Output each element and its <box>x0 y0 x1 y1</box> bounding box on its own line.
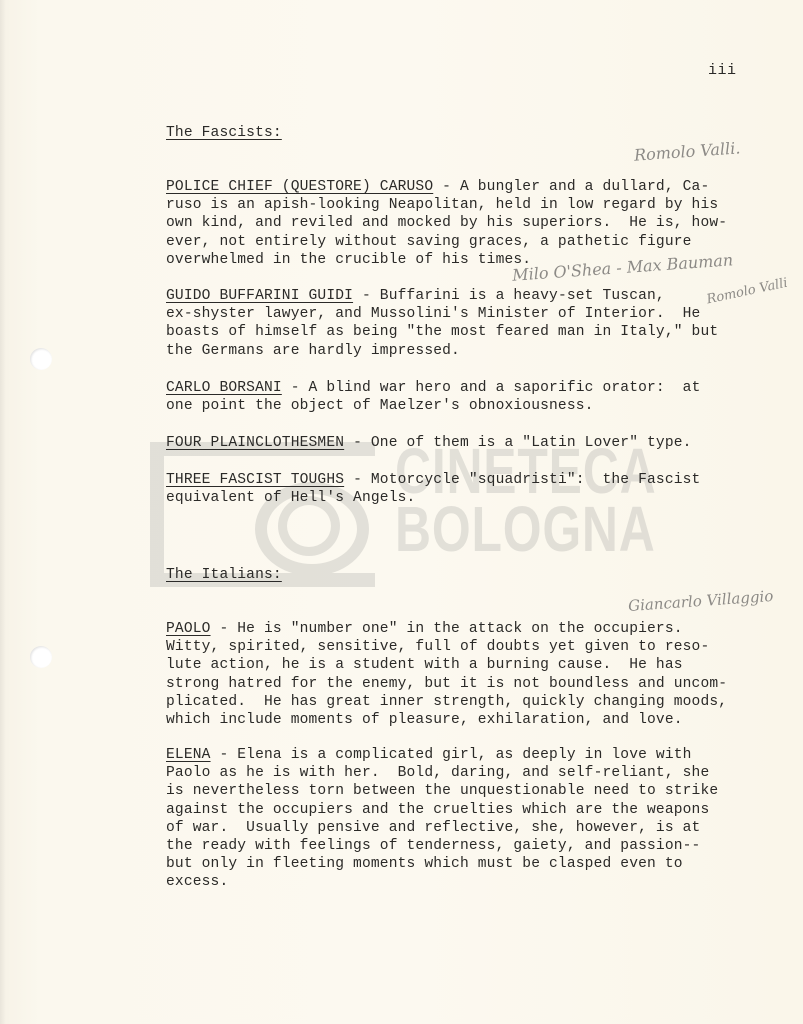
character-name: POLICE CHIEF (QUESTORE) CARUSO <box>166 179 433 195</box>
character-paolo: PAOLO - He is "number one" in the attack… <box>166 620 727 729</box>
character-name: ELENA <box>166 747 211 763</box>
character-name: THREE FASCIST TOUGHS <box>166 472 344 488</box>
handwritten-note: Romolo Valli. <box>633 138 740 164</box>
character-name: FOUR PLAINCLOTHESMEN <box>166 435 344 451</box>
character-elena: ELENA - Elena is a complicated girl, as … <box>166 746 718 892</box>
document-page: CINETECA BOLOGNA iii The Fascists: POLIC… <box>0 0 803 1024</box>
character-name: GUIDO BUFFARINI GUIDI <box>166 288 353 304</box>
watermark-text-line2: BOLOGNA <box>395 500 656 558</box>
character-name: PAOLO <box>166 621 211 637</box>
character-fascist-toughs: THREE FASCIST TOUGHS - Motorcycle "squad… <box>166 471 700 507</box>
punch-hole <box>30 348 52 370</box>
character-borsani: CARLO BORSANI - A blind war hero and a s… <box>166 379 700 415</box>
character-name: CARLO BORSANI <box>166 380 282 396</box>
section-heading-italians: The Italians: <box>166 566 282 584</box>
character-caruso: POLICE CHIEF (QUESTORE) CARUSO - A bungl… <box>166 178 727 269</box>
page-number: iii <box>708 62 737 79</box>
section-heading-fascists: The Fascists: <box>166 124 282 142</box>
character-plainclothesmen: FOUR PLAINCLOTHESMEN - One of them is a … <box>166 434 692 452</box>
punch-hole <box>30 646 52 668</box>
handwritten-note: Romolo Valli <box>705 276 789 308</box>
character-buffarini-guidi: GUIDO BUFFARINI GUIDI - Buffarini is a h… <box>166 287 718 360</box>
handwritten-note: Giancarlo Villaggio <box>628 587 774 615</box>
